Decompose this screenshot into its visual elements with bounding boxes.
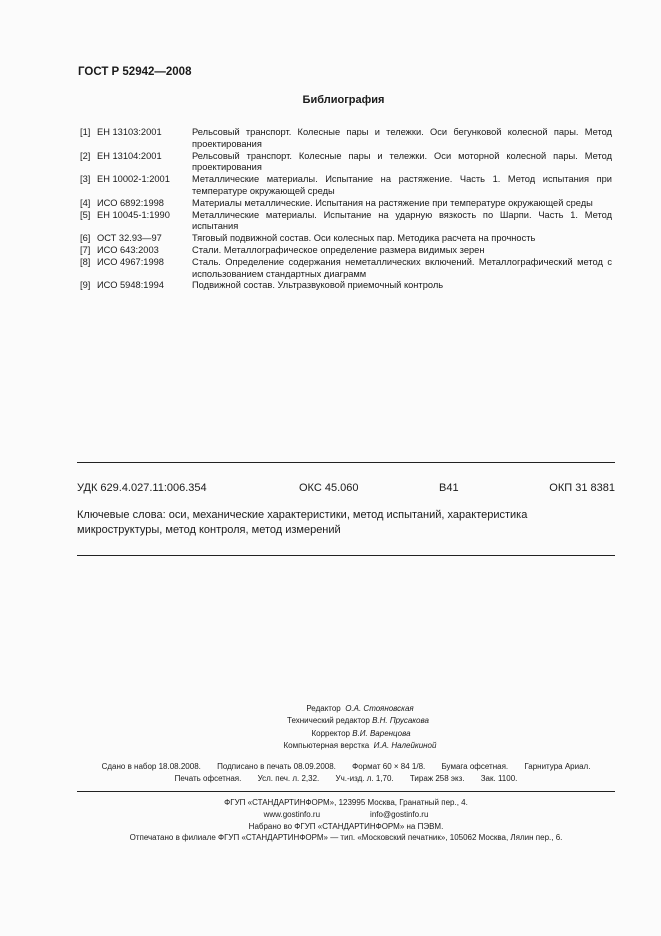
entry-number: [4]	[80, 198, 97, 210]
circulation: Тираж 258 экз.	[410, 774, 465, 783]
bibliography-entry: [3] ЕН 10002-1:2001 Металлические матери…	[80, 174, 612, 198]
entry-title: Сталь. Определение содержания неметаллич…	[192, 257, 612, 281]
divider-top	[77, 462, 615, 463]
entry-title: Тяговый подвижной состав. Оси колесных п…	[192, 233, 612, 245]
credit-name: В.Н. Прусакова	[372, 716, 429, 725]
entry-number: [3]	[80, 174, 97, 198]
printed-note: Отпечатано в филиале ФГУП «СТАНДАРТИНФОР…	[78, 832, 614, 844]
entry-title: Стали. Металлографическое определение ра…	[192, 245, 612, 257]
credit-label: Редактор	[306, 704, 340, 713]
print-info-line-2: Печать офсетная. Усл. печ. л. 2,32. Уч.-…	[78, 773, 614, 785]
entry-code: ЕН 10045-1:1990	[97, 210, 192, 234]
entry-code: ИСО 643:2003	[97, 245, 192, 257]
entry-title: Рельсовый транспорт. Колесные пары и тел…	[192, 127, 612, 151]
typeset-date: Сдано в набор 18.08.2008.	[102, 762, 201, 771]
typeset-note: Набрано во ФГУП «СТАНДАРТИНФОРМ» на ПЭВМ…	[78, 821, 614, 833]
signed-date: Подписано в печать 08.09.2008.	[217, 762, 336, 771]
credits-block: Редактор О.А. Стояновская Технический ре…	[200, 703, 500, 752]
divider-keywords	[77, 555, 615, 556]
format: Формат 60 × 84 1/8.	[352, 762, 425, 771]
entry-code: ИСО 6892:1998	[97, 198, 192, 210]
bibliography-entry: [9] ИСО 5948:1994 Подвижной состав. Ульт…	[80, 280, 612, 292]
document-code: ГОСТ Р 52942—2008	[78, 66, 191, 78]
entry-number: [7]	[80, 245, 97, 257]
bibliography-entry: [4] ИСО 6892:1998 Материалы металлически…	[80, 198, 612, 210]
bibliography-entry: [1] ЕН 13103:2001 Рельсовый транспорт. К…	[80, 127, 612, 151]
print-sheets: Усл. печ. л. 2,32.	[258, 774, 320, 783]
entry-title: Металлические материалы. Испытание на ра…	[192, 174, 612, 198]
entry-code: ЕН 13103:2001	[97, 127, 192, 151]
bibliography-entry: [2] ЕН 13104:2001 Рельсовый транспорт. К…	[80, 151, 612, 175]
bibliography-entry: [8] ИСО 4967:1998 Сталь. Определение сод…	[80, 257, 612, 281]
entry-title: Материалы металлические. Испытания на ра…	[192, 198, 612, 210]
entry-code: ОСТ 32.93—97	[97, 233, 192, 245]
credit-label: Компьютерная верстка	[284, 741, 370, 750]
entry-code: ИСО 5948:1994	[97, 280, 192, 292]
credit-name: В.И. Варенцова	[352, 729, 410, 738]
credit-name: И.А. Налейкиной	[374, 741, 437, 750]
entry-number: [1]	[80, 127, 97, 151]
credit-label: Технический редактор	[287, 716, 370, 725]
credit-tech-editor: Технический редактор В.Н. Прусакова	[200, 715, 500, 727]
print-type: Печать офсетная.	[175, 774, 242, 783]
bibliography-entry: [6] ОСТ 32.93—97 Тяговый подвижной соста…	[80, 233, 612, 245]
divider-bottom	[77, 791, 615, 792]
print-info: Сдано в набор 18.08.2008. Подписано в пе…	[78, 761, 614, 785]
credit-label: Корректор	[311, 729, 350, 738]
paper: Бумага офсетная.	[441, 762, 508, 771]
publisher-address: ФГУП «СТАНДАРТИНФОРМ», 123995 Москва, Гр…	[78, 797, 614, 809]
typeface: Гарнитура Ариал.	[524, 762, 590, 771]
entry-number: [5]	[80, 210, 97, 234]
entry-number: [9]	[80, 280, 97, 292]
credit-layout: Компьютерная верстка И.А. Налейкиной	[200, 740, 500, 752]
okp-code: ОКП 31 8381	[539, 482, 615, 494]
oks-code: ОКС 45.060	[299, 482, 439, 494]
print-info-line-1: Сдано в набор 18.08.2008. Подписано в пе…	[78, 761, 614, 773]
keywords: Ключевые слова: оси, механические характ…	[77, 508, 615, 538]
publisher-contacts: www.gostinfo.ruinfo@gostinfo.ru	[78, 809, 614, 821]
entry-number: [2]	[80, 151, 97, 175]
entry-title: Рельсовый транспорт. Колесные пары и тел…	[192, 151, 612, 175]
classification-row: УДК 629.4.027.11:006.354 ОКС 45.060 В41 …	[77, 482, 615, 494]
publishing-sheets: Уч.-изд. л. 1,70.	[336, 774, 394, 783]
entry-number: [6]	[80, 233, 97, 245]
entry-title: Подвижной состав. Ультразвуковой приемоч…	[192, 280, 612, 292]
order-number: Зак. 1100.	[481, 774, 518, 783]
entry-code: ЕН 13104:2001	[97, 151, 192, 175]
bibliography-list: [1] ЕН 13103:2001 Рельсовый транспорт. К…	[80, 127, 612, 292]
entry-code: ИСО 4967:1998	[97, 257, 192, 281]
bibliography-entry: [7] ИСО 643:2003 Стали. Металлографическ…	[80, 245, 612, 257]
entry-code: ЕН 10002-1:2001	[97, 174, 192, 198]
bibliography-title: Библиография	[0, 94, 661, 106]
credit-editor: Редактор О.А. Стояновская	[200, 703, 500, 715]
credit-corrector: Корректор В.И. Варенцова	[200, 728, 500, 740]
website-link[interactable]: www.gostinfo.ru	[264, 810, 320, 819]
entry-title: Металлические материалы. Испытание на уд…	[192, 210, 612, 234]
bibliography-entry: [5] ЕН 10045-1:1990 Металлические матери…	[80, 210, 612, 234]
entry-number: [8]	[80, 257, 97, 281]
udk-code: УДК 629.4.027.11:006.354	[77, 482, 299, 494]
publisher-block: ФГУП «СТАНДАРТИНФОРМ», 123995 Москва, Гр…	[78, 797, 614, 844]
email-link[interactable]: info@gostinfo.ru	[370, 810, 428, 819]
group-code: В41	[439, 482, 539, 494]
credit-name: О.А. Стояновская	[345, 704, 413, 713]
